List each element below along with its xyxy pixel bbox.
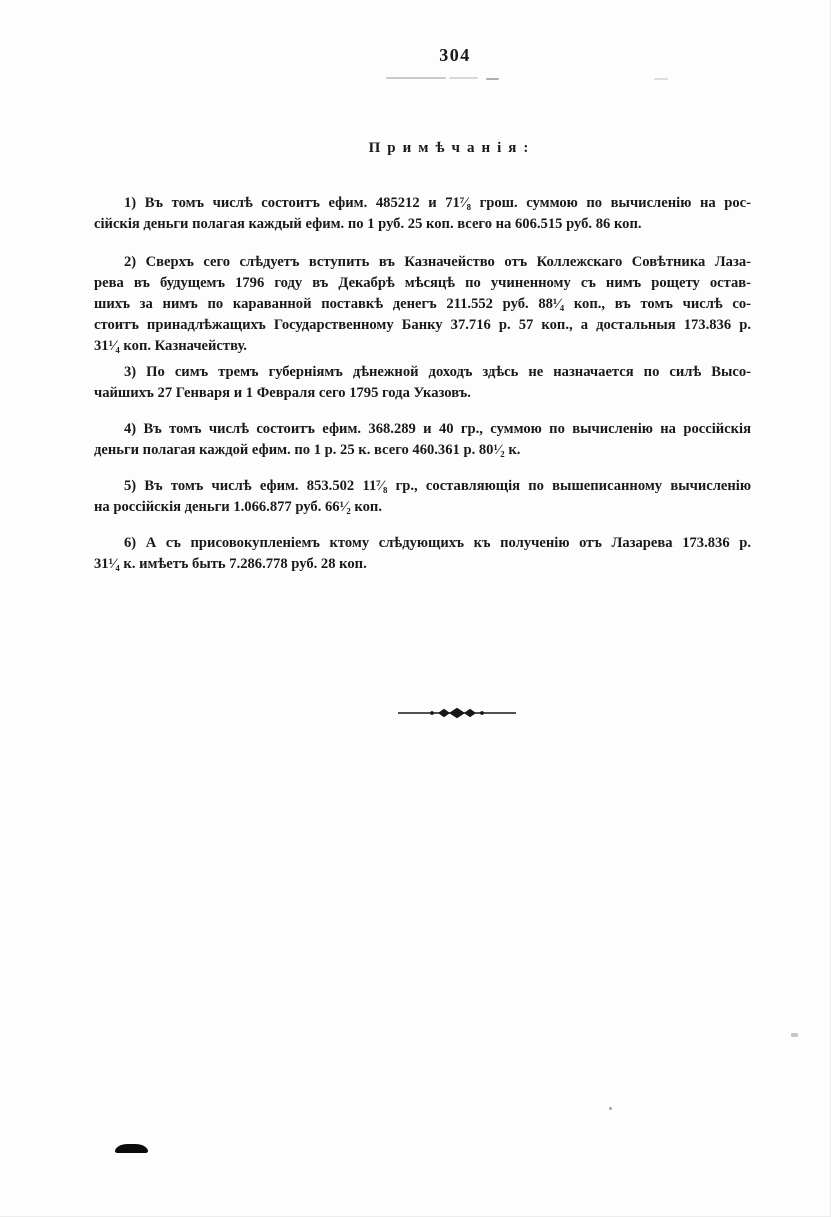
note-6: 6) А съ присовокупленіемъ ктому слѣдующи… [94,533,751,575]
note-1-line: 1) Въ томъ числѣ состоитъ ефим. 485212 и… [94,193,751,214]
notes-heading: Примѣчанія: [369,140,536,157]
note-4-line: деньги полагая каждой ефим. по 1 р. 25 к… [94,440,751,461]
note-2-line: 31¹⁄₄ коп. Казначейству. [94,336,751,357]
page-number-rule-segment [486,78,499,80]
note-5-line: 5) Въ томъ числѣ ефим. 853.502 11⁷⁄₈ гр.… [94,476,751,497]
note-4: 4) Въ томъ числѣ состоитъ ефим. 368.289 … [94,419,751,461]
ink-blot-artifact [115,1144,148,1153]
note-3: 3) По симъ тремъ губерніямъ дѣнежной дох… [94,362,751,404]
note-6-line: 31¹⁄₄ к. имѣетъ быть 7.286.778 руб. 28 к… [94,554,751,575]
note-6-line: 6) А съ присовокупленіемъ ктому слѣдующи… [94,533,751,554]
page-number-rule-segment [386,77,446,79]
note-4-line: 4) Въ томъ числѣ состоитъ ефим. 368.289 … [94,419,751,440]
section-divider-ornament-icon [398,707,516,719]
note-2-line: 2) Сверхъ сего слѣдуетъ вступить въ Казн… [94,252,751,273]
faint-dash-mark [654,78,668,80]
note-3-line: 3) По симъ тремъ губерніямъ дѣнежной дох… [94,362,751,383]
note-5: 5) Въ томъ числѣ ефим. 853.502 11⁷⁄₈ гр.… [94,476,751,518]
note-2: 2) Сверхъ сего слѣдуетъ вступить въ Казн… [94,252,751,357]
page-number-rule-segment [449,77,478,79]
scan-speck [791,1033,798,1037]
text-column: 1) Въ томъ числѣ состоитъ ефим. 485212 и… [94,193,751,575]
note-2-line: рева въ будущемъ 1796 году въ Декабрѣ мѣ… [94,273,751,294]
scan-speck [609,1107,612,1110]
note-2-line: стоитъ принадлѣжащихъ Государственному Б… [94,315,751,336]
scanned-document-page: 304 Примѣчанія: 1) Въ томъ числѣ состоит… [0,0,831,1217]
note-5-line: на россійскія деньги 1.066.877 руб. 66¹⁄… [94,497,751,518]
note-3-line: чайшихъ 27 Генваря и 1 Февраля сего 1795… [94,383,751,404]
page-number: 304 [439,45,471,66]
note-2-line: шихъ за нимъ по караванной поставкѣ дене… [94,294,751,315]
note-1-line: сійскія деньги полагая каждый ефим. по 1… [94,214,751,235]
note-1: 1) Въ томъ числѣ состоитъ ефим. 485212 и… [94,193,751,235]
